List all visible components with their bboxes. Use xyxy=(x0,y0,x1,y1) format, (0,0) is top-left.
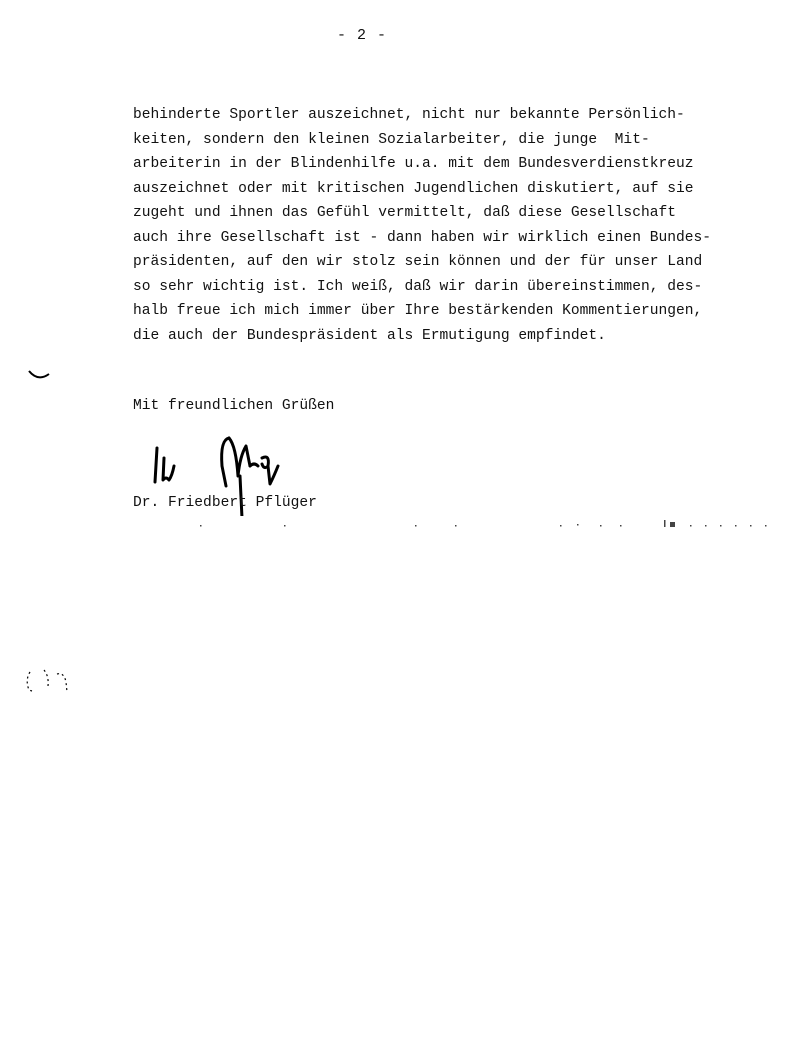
letter-body: behinderte Sportler auszeichnet, nicht n… xyxy=(133,103,773,348)
signer-name: Dr. Friedbert Pflüger xyxy=(133,495,317,511)
body-line: auszeichnet oder mit kritischen Jugendli… xyxy=(133,177,773,202)
body-line: keiten, sondern den kleinen Sozialarbeit… xyxy=(133,128,773,153)
page-number: - 2 - xyxy=(337,27,387,44)
body-line: zugeht und ihnen das Gefühl vermittelt, … xyxy=(133,201,773,226)
body-line: behinderte Sportler auszeichnet, nicht n… xyxy=(133,103,773,128)
margin-arc-icon xyxy=(26,368,56,384)
body-line: arbeiterin in der Blindenhilfe u.a. mit … xyxy=(133,152,773,177)
body-line: präsidenten, auf den wir stolz sein könn… xyxy=(133,250,773,275)
margin-mark-icon xyxy=(24,668,74,698)
body-line: die auch der Bundespräsident als Ermutig… xyxy=(133,324,773,349)
body-line: halb freue ich mich immer über Ihre best… xyxy=(133,299,773,324)
body-line: so sehr wichtig ist. Ich weiß, daß wir d… xyxy=(133,275,773,300)
scan-noise xyxy=(200,520,770,528)
closing-salutation: Mit freundlichen Grüßen xyxy=(133,398,334,414)
body-line: auch ihre Gesellschaft ist - dann haben … xyxy=(133,226,773,251)
